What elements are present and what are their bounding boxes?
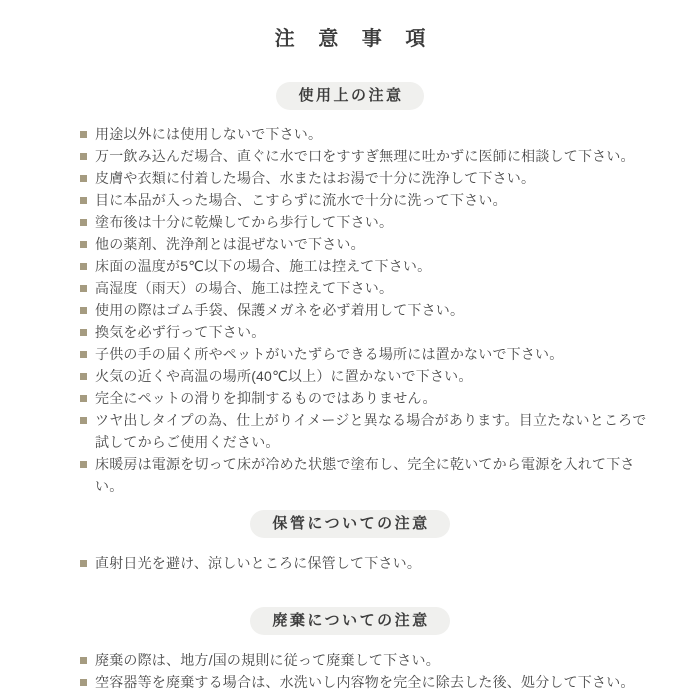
note-item: 目に本品が入った場合、こすらずに流水で十分に洗って下さい。: [80, 189, 652, 211]
note-item: 高湿度（雨天）の場合、施工は控えて下さい。: [80, 277, 652, 299]
section-heading-row: 使用上の注意: [0, 82, 700, 110]
section-heading-disposal: 廃棄についての注意: [250, 607, 449, 635]
note-item: 使用の際はゴム手袋、保護メガネを必ず着用して下さい。: [80, 299, 652, 321]
disposal-notes-list: 廃棄の際は、地方/国の規則に従って廃棄して下さい。 空容器等を廃棄する場合は、水…: [80, 649, 652, 693]
square-bullet-icon: [80, 329, 87, 336]
note-item: 万一飲み込んだ場合、直ぐに水で口をすすぎ無理に吐かずに医師に相談して下さい。: [80, 145, 652, 167]
section-disposal: 廃棄についての注意 廃棄の際は、地方/国の規則に従って廃棄して下さい。 空容器等…: [0, 607, 700, 693]
square-bullet-icon: [80, 197, 87, 204]
square-bullet-icon: [80, 679, 87, 686]
section-heading-storage: 保管についての注意: [250, 510, 449, 538]
note-text: 万一飲み込んだ場合、直ぐに水で口をすすぎ無理に吐かずに医師に相談して下さい。: [95, 148, 635, 164]
note-text: 火気の近くや高温の場所(40℃以上）に置かないで下さい。: [95, 368, 473, 384]
section-heading-row: 保管についての注意: [0, 510, 700, 538]
note-item: 廃棄の際は、地方/国の規則に従って廃棄して下さい。: [80, 649, 652, 671]
precautions-page: 注 意 事 項 使用上の注意 用途以外には使用しないで下さい。 万一飲み込んだ場…: [0, 0, 700, 700]
square-bullet-icon: [80, 395, 87, 402]
note-text: 高湿度（雨天）の場合、施工は控えて下さい。: [95, 280, 393, 296]
square-bullet-icon: [80, 657, 87, 664]
note-text: 直射日光を避け、涼しいところに保管して下さい。: [95, 555, 421, 571]
note-item: 床暖房は電源を切って床が冷めた状態で塗布し、完全に乾いてから電源を入れて下さい。: [80, 453, 652, 497]
square-bullet-icon: [80, 285, 87, 292]
note-item: 塗布後は十分に乾燥してから歩行して下さい。: [80, 211, 652, 233]
note-text: 空容器等を廃棄する場合は、水洗いし内容物を完全に除去した後、処分して下さい。: [95, 674, 635, 690]
square-bullet-icon: [80, 373, 87, 380]
square-bullet-icon: [80, 131, 87, 138]
note-item: 床面の温度が5℃以下の場合、施工は控えて下さい。: [80, 255, 652, 277]
note-text: 子供の手の届く所やペットがいたずらできる場所には置かないで下さい。: [95, 346, 563, 362]
note-item: 用途以外には使用しないで下さい。: [80, 123, 652, 145]
square-bullet-icon: [80, 307, 87, 314]
page-title: 注 意 事 項: [0, 26, 700, 52]
square-bullet-icon: [80, 351, 87, 358]
section-heading-usage: 使用上の注意: [276, 82, 423, 110]
note-item: 他の薬剤、洗浄剤とは混ぜないで下さい。: [80, 233, 652, 255]
note-text: 塗布後は十分に乾燥してから歩行して下さい。: [95, 214, 393, 230]
square-bullet-icon: [80, 153, 87, 160]
section-usage: 使用上の注意 用途以外には使用しないで下さい。 万一飲み込んだ場合、直ぐに水で口…: [0, 82, 700, 497]
note-text: 完全にペットの滑りを抑制するものではありません。: [95, 390, 437, 406]
note-text: 床面の温度が5℃以下の場合、施工は控えて下さい。: [95, 258, 431, 274]
note-item: ツヤ出しタイプの為、仕上がりイメージと異なる場合があります。目立たないところで …: [80, 409, 652, 453]
note-text: 他の薬剤、洗浄剤とは混ぜないで下さい。: [95, 236, 365, 252]
square-bullet-icon: [80, 560, 87, 567]
section-heading-row: 廃棄についての注意: [0, 607, 700, 635]
note-item: 換気を必ず行って下さい。: [80, 321, 652, 343]
note-item: 皮膚や衣類に付着した場合、水またはお湯で十分に洗浄して下さい。: [80, 167, 652, 189]
note-text: 用途以外には使用しないで下さい。: [95, 126, 322, 142]
storage-notes-list: 直射日光を避け、涼しいところに保管して下さい。: [80, 552, 652, 574]
note-item: 完全にペットの滑りを抑制するものではありません。: [80, 387, 652, 409]
note-text: 廃棄の際は、地方/国の規則に従って廃棄して下さい。: [95, 652, 440, 668]
note-text: 換気を必ず行って下さい。: [95, 324, 265, 340]
note-item: 空容器等を廃棄する場合は、水洗いし内容物を完全に除去した後、処分して下さい。: [80, 671, 652, 693]
square-bullet-icon: [80, 461, 87, 468]
square-bullet-icon: [80, 263, 87, 270]
note-text: 皮膚や衣類に付着した場合、水またはお湯で十分に洗浄して下さい。: [95, 170, 535, 186]
note-text: ツヤ出しタイプの為、仕上がりイメージと異なる場合があります。目立たないところで …: [95, 412, 646, 450]
square-bullet-icon: [80, 219, 87, 226]
section-storage: 保管についての注意 直射日光を避け、涼しいところに保管して下さい。: [0, 510, 700, 574]
note-item: 火気の近くや高温の場所(40℃以上）に置かないで下さい。: [80, 365, 652, 387]
square-bullet-icon: [80, 241, 87, 248]
square-bullet-icon: [80, 175, 87, 182]
note-text: 目に本品が入った場合、こすらずに流水で十分に洗って下さい。: [95, 192, 507, 208]
usage-notes-list: 用途以外には使用しないで下さい。 万一飲み込んだ場合、直ぐに水で口をすすぎ無理に…: [80, 123, 652, 497]
note-text: 床暖房は電源を切って床が冷めた状態で塗布し、完全に乾いてから電源を入れて下さい。: [95, 456, 635, 494]
note-text: 使用の際はゴム手袋、保護メガネを必ず着用して下さい。: [95, 302, 464, 318]
square-bullet-icon: [80, 417, 87, 424]
note-item: 子供の手の届く所やペットがいたずらできる場所には置かないで下さい。: [80, 343, 652, 365]
note-item: 直射日光を避け、涼しいところに保管して下さい。: [80, 552, 652, 574]
